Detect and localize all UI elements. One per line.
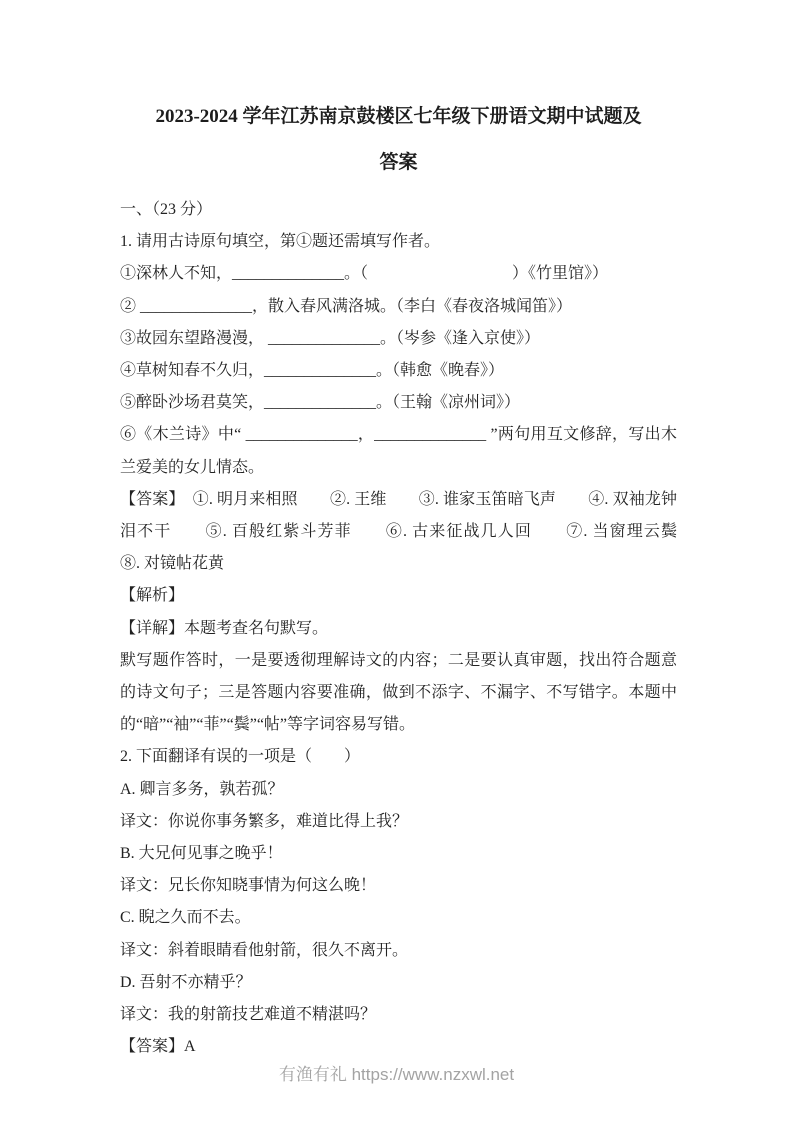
- section-heading: 一、（23 分）: [120, 194, 677, 226]
- footer-watermark-text: 有渔有礼 https://www.nzxwl.net: [279, 1065, 514, 1084]
- page-footer: 有渔有礼 https://www.nzxwl.net: [0, 1060, 793, 1090]
- title-line-1: 2023-2024 学年江苏南京鼓楼区七年级下册语文期中试题及: [120, 94, 677, 140]
- q1-item-5: ⑤醉卧沙场君莫笑，______________。（王翰《凉州词》）: [120, 387, 677, 419]
- q2-translation-d: 译文：我的射箭技艺难道不精湛吗？: [120, 999, 677, 1031]
- q2-option-b: B. 大兄何见事之晚乎！: [120, 838, 677, 870]
- q1-item-6: ⑥《木兰诗》中“ ______________，______________ ”…: [120, 419, 677, 483]
- q2-answer: 【答案】A: [120, 1031, 677, 1063]
- exam-page: 2023-2024 学年江苏南京鼓楼区七年级下册语文期中试题及 答案 一、（23…: [0, 0, 793, 1122]
- q1-answer: 【答案】 ①. 明月来相照 ②. 王维 ③. 谁家玉笛暗飞声 ④. 双袖龙钟泪不…: [120, 484, 677, 581]
- q2-option-d: D. 吾射不亦精乎？: [120, 967, 677, 999]
- q2-option-a: A. 卿言多务，孰若孤？: [120, 774, 677, 806]
- q1-item-1: ①深林人不知，______________。（ ）《竹里馆》）: [120, 258, 677, 290]
- q1-item-3: ③故园东望路漫漫， ______________。（岑参《逢入京使》）: [120, 323, 677, 355]
- q1-analysis-label: 【解析】: [120, 580, 677, 612]
- q1-item-4: ④草树知春不久归，______________。（韩愈《晚春》）: [120, 355, 677, 387]
- q2-translation-b: 译文：兄长你知晓事情为何这么晚！: [120, 870, 677, 902]
- q1-detail: 【详解】本题考查名句默写。: [120, 613, 677, 645]
- exam-content: 2023-2024 学年江苏南京鼓楼区七年级下册语文期中试题及 答案 一、（23…: [120, 94, 677, 1063]
- q1-stem: 1. 请用古诗原句填空，第①题还需填写作者。: [120, 226, 677, 258]
- q1-item-2: ② ______________，散入春风满洛城。（李白《春夜洛城闻笛》）: [120, 291, 677, 323]
- title-line-2: 答案: [120, 140, 677, 186]
- q2-stem: 2. 下面翻译有误的一项是（ ）: [120, 741, 677, 773]
- q2-translation-a: 译文：你说你事务繁多，难道比得上我？: [120, 806, 677, 838]
- page-title: 2023-2024 学年江苏南京鼓楼区七年级下册语文期中试题及 答案: [120, 94, 677, 186]
- q1-note: 默写题作答时，一是要透彻理解诗文的内容；二是要认真审题，找出符合题意的诗文句子；…: [120, 645, 677, 742]
- q2-translation-c: 译文：斜着眼睛看他射箭，很久不离开。: [120, 935, 677, 967]
- q2-option-c: C. 睨之久而不去。: [120, 902, 677, 934]
